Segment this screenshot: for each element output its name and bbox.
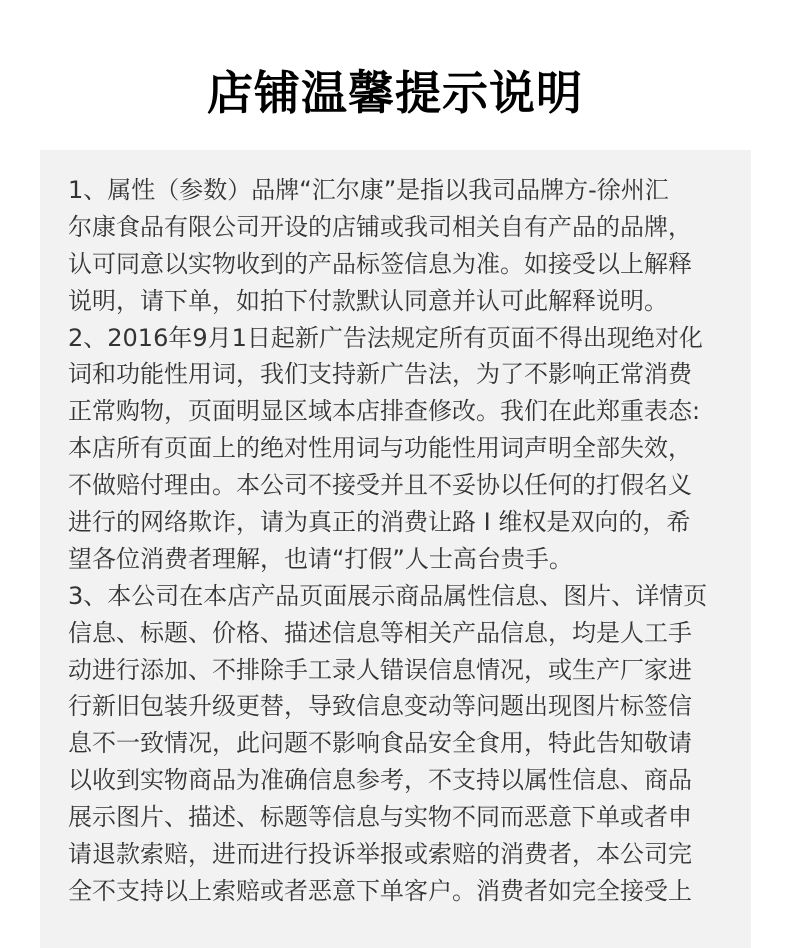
notice-line: 3、本公司在本店产品页面展示商品属性信息、图片、详情页 [68,578,728,615]
notice-line: 说明，请下单，如拍下付款默认同意并认可此解释说明。 [68,283,728,320]
notice-line: 展示图片、描述、标题等信息与实物不同而恶意下单或者申 [68,799,728,836]
page-title: 店铺温馨提示说明 [0,65,790,121]
notice-line: 望各位消费者理解，也请“打假”人士高台贵手。 [68,541,728,578]
notice-line: 认可同意以实物收到的产品标签信息为准。如接受以上解释 [68,246,728,283]
notice-line: 动进行添加、不排除手工录人错误信息情况，或生产厂家进 [68,652,728,689]
notice-line: 以收到实物商品为准确信息参考，不支持以属性信息、商品 [68,762,728,799]
notice-line: 全不支持以上索赔或者恶意下单客户。消费者如完全接受上 [68,873,728,908]
notice-line: 词和功能性用词，我们支持新广告法，为了不影响正常消费 [68,356,728,393]
notice-line: 进行的网络欺诈，请为真正的消费让路 I 维权是双向的，希 [68,504,728,541]
notice-line: 信息、标题、价格、描述信息等相关产品信息，均是人工手 [68,615,728,652]
notice-line: 不做赔付理由。本公司不接受并且不妥协以任何的打假名义 [68,467,728,504]
notice-line: 正常购物，页面明显区域本店排查修改。我们在此郑重表态: [68,393,728,430]
notice-text: 1、属性（参数）品牌“汇尔康”是指以我司品牌方-徐州汇 尔康食品有限公司开设的店… [68,172,728,908]
notice-line: 尔康食品有限公司开设的店铺或我司相关自有产品的品牌， [68,209,728,246]
notice-line: 行新旧包装升级更替，导致信息变动等问题出现图片标签信 [68,688,728,725]
notice-panel: 1、属性（参数）品牌“汇尔康”是指以我司品牌方-徐州汇 尔康食品有限公司开设的店… [40,150,751,948]
notice-line: 本店所有页面上的绝对性用词与功能性用词声明全部失效， [68,430,728,467]
notice-line: 1、属性（参数）品牌“汇尔康”是指以我司品牌方-徐州汇 [68,172,728,209]
notice-line: 息不一致情况，此问题不影响食品安全食用，特此告知敬请 [68,725,728,762]
notice-line: 2、2016年9月1日起新广告法规定所有页面不得出现绝对化 [68,320,728,357]
notice-line: 请退款索赔，进而进行投诉举报或索赔的消费者，本公司完 [68,836,728,873]
